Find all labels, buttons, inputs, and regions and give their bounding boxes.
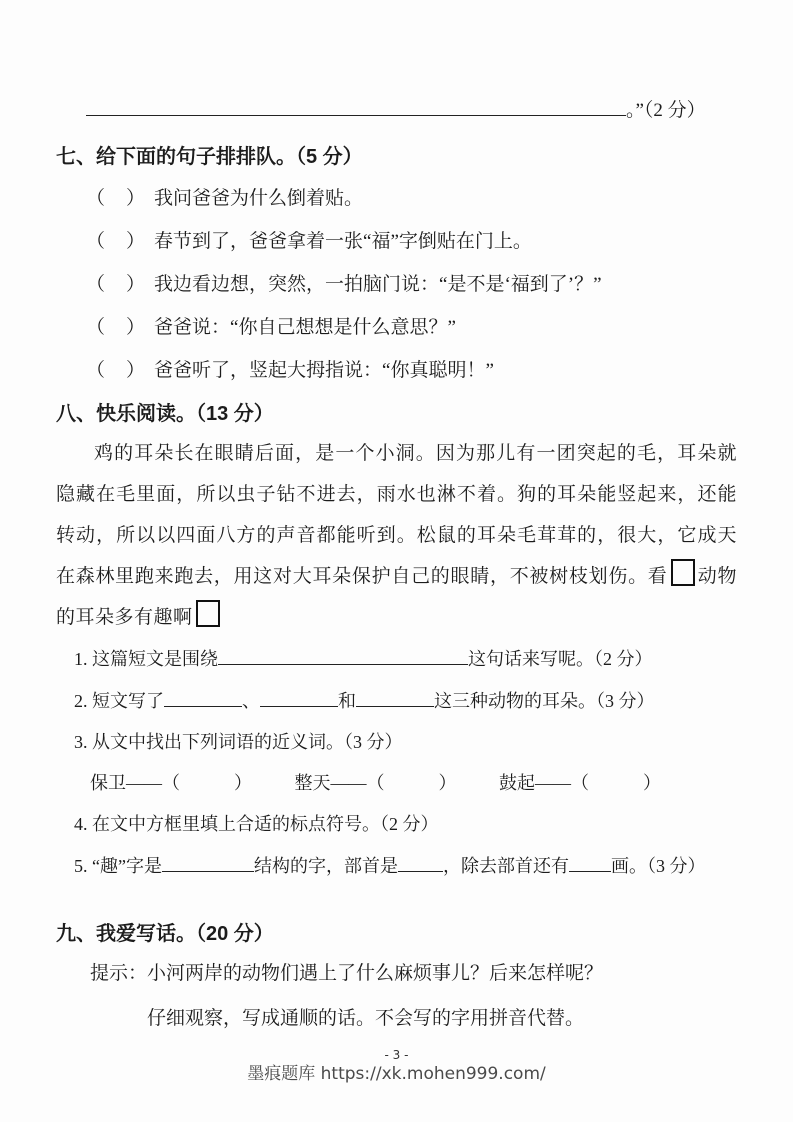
hint-label: 提示： — [90, 963, 147, 984]
answer-continuation-line: 。”（2 分） — [86, 96, 737, 124]
punctuation-box — [196, 600, 220, 627]
item-text: 爸爸说：“你自己想想是什么意思？” — [154, 317, 456, 338]
list-item: （ ）我问爸爸为什么倒着贴。 — [86, 186, 737, 211]
exam-content: 。”（2 分） 七、给下面的句子排排队。（5 分） （ ）我问爸爸为什么倒着贴。… — [0, 0, 793, 1031]
question-5: 5. “趣”字是结构的字，部首是，除去部首还有画。（3 分） — [74, 853, 737, 879]
question-text: 2. 短文写了 — [74, 691, 164, 711]
question-3: 3. 从文中找出下列词语的近义词。（3 分） — [74, 730, 737, 755]
question-text: 和 — [338, 691, 356, 711]
blank-line — [260, 688, 338, 707]
question-2: 2. 短文写了、和这三种动物的耳朵。（3 分） — [74, 688, 737, 714]
blank-line — [86, 96, 626, 116]
question-text: 、 — [242, 691, 260, 711]
item-text: 爸爸听了，竖起大拇指说：“你真聪明！” — [154, 360, 494, 381]
page-footer: - 3 - 墨痕题库 https://xk.mohen999.com/ — [0, 1048, 793, 1085]
reading-passage: 鸡的耳朵长在眼睛后面，是一个小洞。因为那儿有一团突起的毛，耳朵就隐藏在毛里面，所… — [56, 433, 737, 638]
writing-hints: 提示：小河两岸的动物们遇上了什么麻烦事儿？后来怎样呢？ 仔细观察，写成通顺的话。… — [56, 961, 737, 1031]
synonym-pair: 整天——（ ） — [295, 773, 457, 793]
hint-text: 小河两岸的动物们遇上了什么麻烦事儿？后来怎样呢？ — [147, 963, 603, 984]
blank-line — [569, 853, 611, 872]
question-text: 1. 这篇短文是围绕 — [74, 649, 218, 669]
blank-line — [356, 688, 434, 707]
answer-bracket: （ ） — [86, 231, 146, 252]
question-text: 5. “趣”字是 — [74, 856, 162, 876]
item-text: 我问爸爸为什么倒着贴。 — [154, 188, 363, 209]
answer-line-suffix: 。”（2 分） — [626, 100, 706, 121]
question-text: 这句话来写呢。（2 分） — [468, 649, 653, 669]
section-seven-heading: 七、给下面的句子排排队。（5 分） — [56, 144, 737, 170]
hint-line-2: 仔细观察，写成通顺的话。不会写的字用拼音代替。 — [90, 1006, 737, 1031]
question-text: 结构的字，部首是 — [254, 856, 398, 876]
question-text: 3. 从文中找出下列词语的近义词。（3 分） — [74, 732, 403, 752]
footer-link[interactable]: 墨痕题库 https://xk.mohen999.com/ — [0, 1063, 793, 1085]
blank-line — [164, 688, 242, 707]
exam-page: 。”（2 分） 七、给下面的句子排排队。（5 分） （ ）我问爸爸为什么倒着贴。… — [0, 0, 793, 1122]
blank-line — [398, 853, 443, 872]
synonym-pair: 鼓起——（ ） — [499, 773, 661, 793]
question-1: 1. 这篇短文是围绕这句话来写呢。（2 分） — [74, 646, 737, 672]
blank-line — [162, 853, 254, 872]
section-nine-heading: 九、我爱写话。（20 分） — [56, 921, 737, 947]
item-text: 我边看边想，突然，一拍脑门说：“是不是‘福到了’？” — [154, 274, 602, 295]
list-item: （ ）春节到了，爸爸拿着一张“福”字倒贴在门上。 — [86, 229, 737, 254]
question-text: 画。（3 分） — [611, 856, 706, 876]
item-text: 春节到了，爸爸拿着一张“福”字倒贴在门上。 — [154, 231, 532, 252]
section-eight-heading: 八、快乐阅读。（13 分） — [56, 401, 737, 427]
question-text: ，除去部首还有 — [443, 856, 569, 876]
page-number: - 3 - — [0, 1048, 793, 1063]
question-text: 4. 在文中方框里填上合适的标点符号。（2 分） — [74, 814, 439, 834]
answer-bracket: （ ） — [86, 188, 146, 209]
synonym-pair: 保卫——（ ） — [90, 773, 252, 793]
sentence-ordering-list: （ ）我问爸爸为什么倒着贴。 （ ）春节到了，爸爸拿着一张“福”字倒贴在门上。 … — [56, 186, 737, 383]
answer-bracket: （ ） — [86, 317, 146, 338]
hint-line-1: 提示：小河两岸的动物们遇上了什么麻烦事儿？后来怎样呢？ — [90, 961, 737, 986]
synonym-pairs-row: 保卫——（ ） 整天——（ ） 鼓起——（ ） — [90, 771, 737, 796]
punctuation-box — [671, 559, 695, 586]
answer-bracket: （ ） — [86, 360, 146, 381]
question-4: 4. 在文中方框里填上合适的标点符号。（2 分） — [74, 812, 737, 837]
list-item: （ ）爸爸说：“你自己想想是什么意思？” — [86, 315, 737, 340]
reading-questions: 1. 这篇短文是围绕这句话来写呢。（2 分） 2. 短文写了、和这三种动物的耳朵… — [56, 646, 737, 879]
list-item: （ ）我边看边想，突然，一拍脑门说：“是不是‘福到了’？” — [86, 272, 737, 297]
list-item: （ ）爸爸听了，竖起大拇指说：“你真聪明！” — [86, 358, 737, 383]
answer-bracket: （ ） — [86, 274, 146, 295]
blank-line — [218, 646, 468, 665]
passage-text: 鸡的耳朵长在眼睛后面，是一个小洞。因为那儿有一团突起的毛，耳朵就隐藏在毛里面，所… — [56, 443, 737, 587]
question-text: 这三种动物的耳朵。（3 分） — [434, 691, 655, 711]
